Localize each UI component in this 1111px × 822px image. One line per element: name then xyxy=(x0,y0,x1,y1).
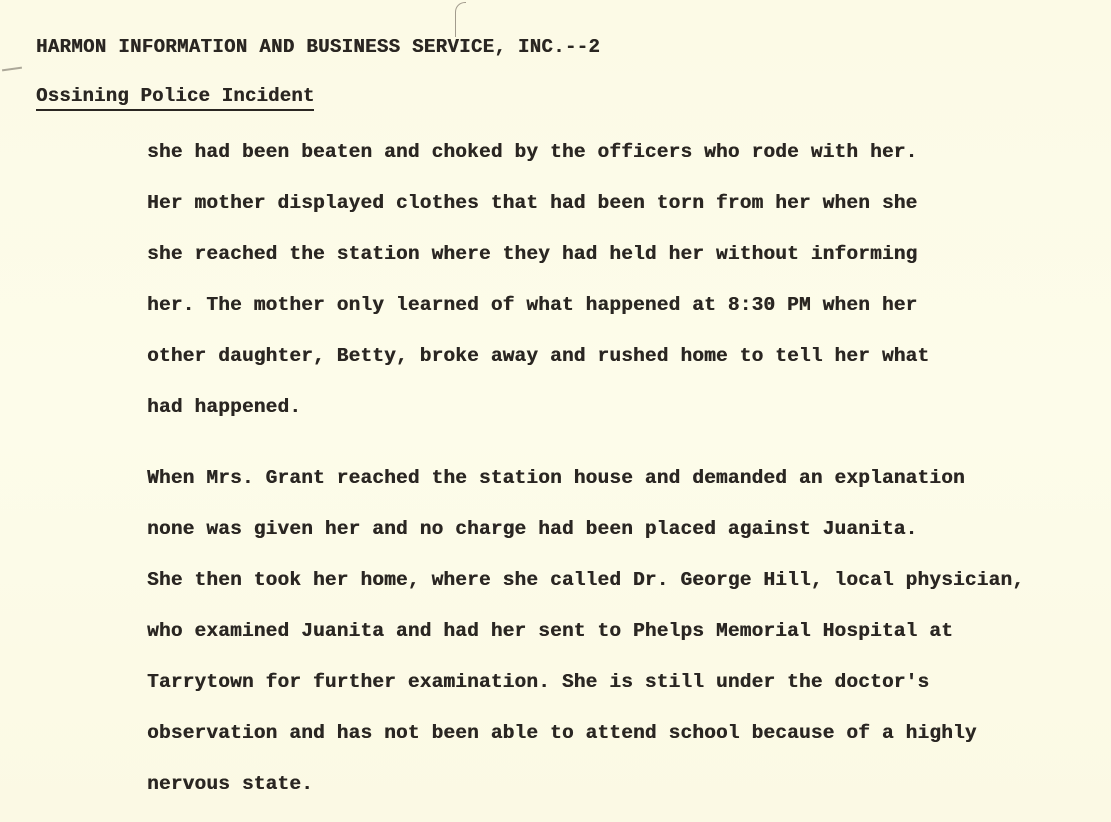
text-line: Tarrytown for further examination. She i… xyxy=(147,670,1024,721)
paper-smudge-mark xyxy=(455,2,466,37)
text-line: other daughter, Betty, broke away and ru… xyxy=(147,344,929,395)
text-line: nervous state. xyxy=(147,772,1024,822)
text-line: she reached the station where they had h… xyxy=(147,242,929,293)
text-line: When Mrs. Grant reached the station hous… xyxy=(147,466,1024,517)
text-line: who examined Juanita and had her sent to… xyxy=(147,619,1024,670)
document-header: HARMON INFORMATION AND BUSINESS SERVICE,… xyxy=(36,36,600,58)
typewritten-page: HARMON INFORMATION AND BUSINESS SERVICE,… xyxy=(0,0,1111,822)
text-line: her. The mother only learned of what hap… xyxy=(147,293,929,344)
section-subheading: Ossining Police Incident xyxy=(36,85,314,111)
text-line: had happened. xyxy=(147,395,929,446)
text-line: Her mother displayed clothes that had be… xyxy=(147,191,929,242)
text-line: none was given her and no charge had bee… xyxy=(147,517,1024,568)
text-line: She then took her home, where she called… xyxy=(147,568,1024,619)
paragraph-1: she had been beaten and choked by the of… xyxy=(147,140,929,446)
text-line: observation and has not been able to att… xyxy=(147,721,1024,772)
text-line: she had been beaten and choked by the of… xyxy=(147,140,929,191)
margin-pencil-mark xyxy=(2,67,22,72)
paragraph-2: When Mrs. Grant reached the station hous… xyxy=(147,466,1024,822)
